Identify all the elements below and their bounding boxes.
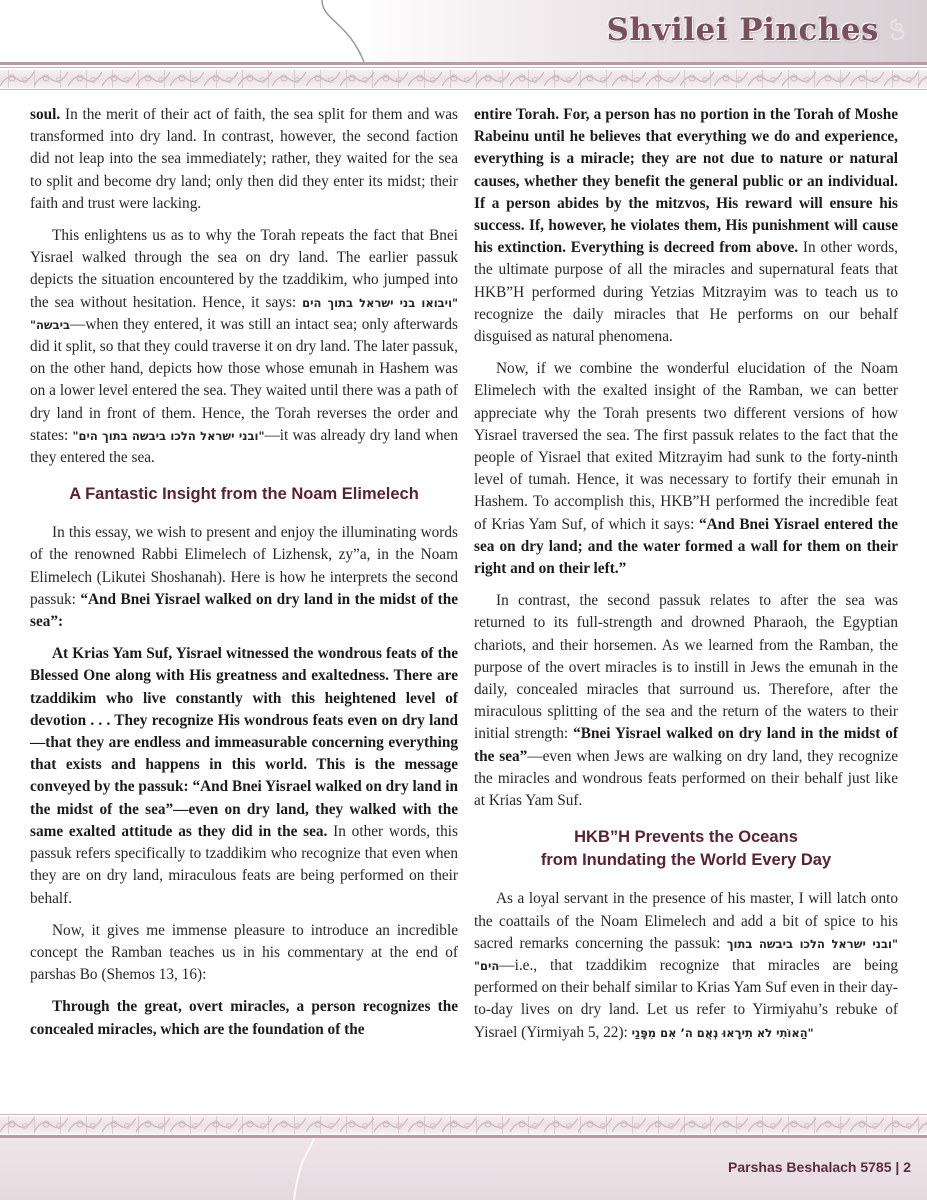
paragraph: In contrast, the second passuk relates t…	[474, 590, 898, 812]
paragraph: This enlightens us as to why the Torah r…	[30, 225, 458, 469]
publication-issue: Parshas Beshalach 5785	[728, 1159, 891, 1175]
block-quote: Through the great, overt miracles, a per…	[30, 996, 458, 1040]
block-quote: At Krias Yam Suf, Yisrael witnessed the …	[30, 643, 458, 909]
paragraph: Now, it gives me immense pleasure to int…	[30, 920, 458, 987]
paragraph: soul. In the merit of their act of faith…	[30, 104, 458, 215]
page-footer: Parshas Beshalach 5785 | 2	[0, 1138, 927, 1200]
bold-quote: “And Bnei Yisrael walked on dry land in …	[30, 591, 458, 630]
paragraph: As a loyal servant in the presence of hi…	[474, 888, 898, 1043]
page-footer-label: Parshas Beshalach 5785 | 2	[728, 1159, 911, 1175]
publication-title: Shvilei Pinches	[607, 12, 880, 48]
paragraph: Now, if we combine the wonderful elucida…	[474, 358, 898, 580]
hebrew-quote: "הַאוֹתִי לֹא תִירָאוּ נְאֻם ה’ אִם מִפָ…	[632, 1026, 814, 1040]
paragraph: In this essay, we wish to present and en…	[30, 522, 458, 633]
bold-lead: soul.	[30, 106, 60, 123]
section-heading: A Fantastic Insight from the Noam Elimel…	[30, 483, 458, 506]
footer-rule-top	[0, 1114, 927, 1115]
header-rule-bottom	[0, 89, 927, 90]
section-heading: HKB”H Prevents the Oceans from Inundatin…	[474, 826, 898, 872]
decorative-curve-icon	[318, 0, 378, 62]
swirl-ornament-icon	[885, 16, 909, 42]
header-ornament-border	[0, 70, 927, 88]
right-column: entire Torah. For, a person has no porti…	[474, 104, 898, 1054]
block-quote: entire Torah. For, a person has no porti…	[474, 104, 898, 348]
footer-ornament-border	[0, 1116, 927, 1134]
header-rule-thin	[0, 67, 927, 68]
header-rule	[0, 62, 927, 65]
page-header: Shvilei Pinches	[0, 0, 927, 62]
decorative-curve-icon	[290, 1138, 330, 1200]
page-number: 2	[903, 1159, 911, 1175]
hebrew-quote: "ובני ישראל הלכו ביבשה בתוך הים"	[72, 429, 264, 443]
left-column: soul. In the merit of their act of faith…	[30, 104, 458, 1051]
